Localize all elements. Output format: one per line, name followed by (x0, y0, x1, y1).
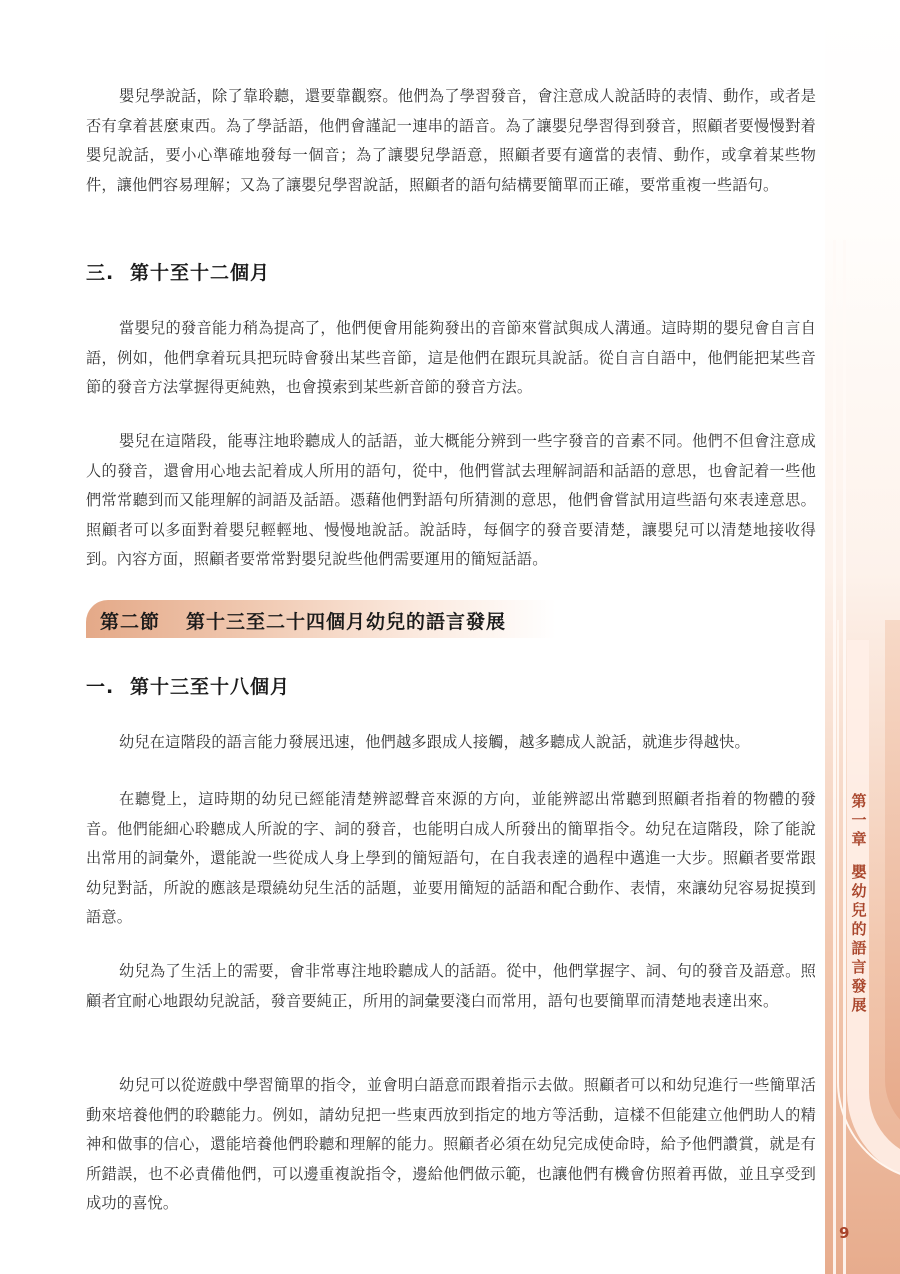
subsection-heading-3: 三.第十至十二個月 (86, 258, 270, 285)
chapter-char: 展 (849, 996, 869, 1015)
chapter-side-tab: 第 一 章 嬰 幼 兒 的 語 言 發 展 9 (825, 0, 900, 1274)
subsection-title: 第十三至十八個月 (130, 676, 290, 698)
chapter-char: 章 (849, 830, 869, 849)
decorative-stripe (833, 240, 836, 1274)
chapter-char: 嬰 (849, 863, 869, 882)
section-banner-label: 第二節第十三至二十四個月幼兒的語言發展 (100, 607, 506, 634)
chapter-vertical-title: 第 一 章 嬰 幼 兒 的 語 言 發 展 (849, 792, 869, 1015)
subsection-number: 一. (86, 672, 130, 699)
chapter-char: 言 (849, 958, 869, 977)
subsection-title: 第十至十二個月 (130, 262, 270, 284)
chapter-char: 兒 (849, 901, 869, 920)
paragraph: 幼兒可以從遊戲中學習簡單的指令，並會明白語意而跟着指示去做。照顧者可以和幼兒進行… (86, 1071, 816, 1219)
paragraph: 幼兒為了生活上的需要，會非常專注地聆聽成人的話語。從中，他們掌握字、詞、句的發音… (86, 957, 816, 1016)
intro-paragraph: 嬰兒學說話，除了靠聆聽，還要靠觀察。他們為了學習發音，會注意成人說話時的表情、動… (86, 82, 816, 200)
chapter-char: 的 (849, 920, 869, 939)
section-number: 第二節 (100, 611, 160, 633)
page-number: 9 (839, 1224, 849, 1242)
chapter-char: 語 (849, 939, 869, 958)
section-banner: 第二節第十三至二十四個月幼兒的語言發展 (86, 600, 556, 638)
chapter-char: 第 (849, 792, 869, 811)
paragraph: 在聽覺上，這時期的幼兒已經能清楚辨認聲音來源的方向，並能辨認出常聽到照顧者指着的… (86, 785, 816, 933)
paragraph: 當嬰兒的發音能力稍為提高了，他們便會用能夠發出的音節來嘗試與成人溝通。這時期的嬰… (86, 314, 816, 403)
paragraph: 幼兒在這階段的語言能力發展迅速，他們越多跟成人接觸，越多聽成人說話，就進步得越快… (86, 728, 816, 758)
spacer (849, 849, 869, 863)
subsection-heading-1: 一.第十三至十八個月 (86, 672, 290, 699)
chapter-char: 一 (849, 811, 869, 830)
section-title: 第十三至二十四個月幼兒的語言發展 (186, 611, 506, 633)
subsection-number: 三. (86, 258, 130, 285)
paragraph: 嬰兒在這階段，能專注地聆聽成人的話語，並大概能分辨到一些字發音的音素不同。他們不… (86, 427, 816, 575)
chapter-char: 發 (849, 977, 869, 996)
chapter-char: 幼 (849, 882, 869, 901)
